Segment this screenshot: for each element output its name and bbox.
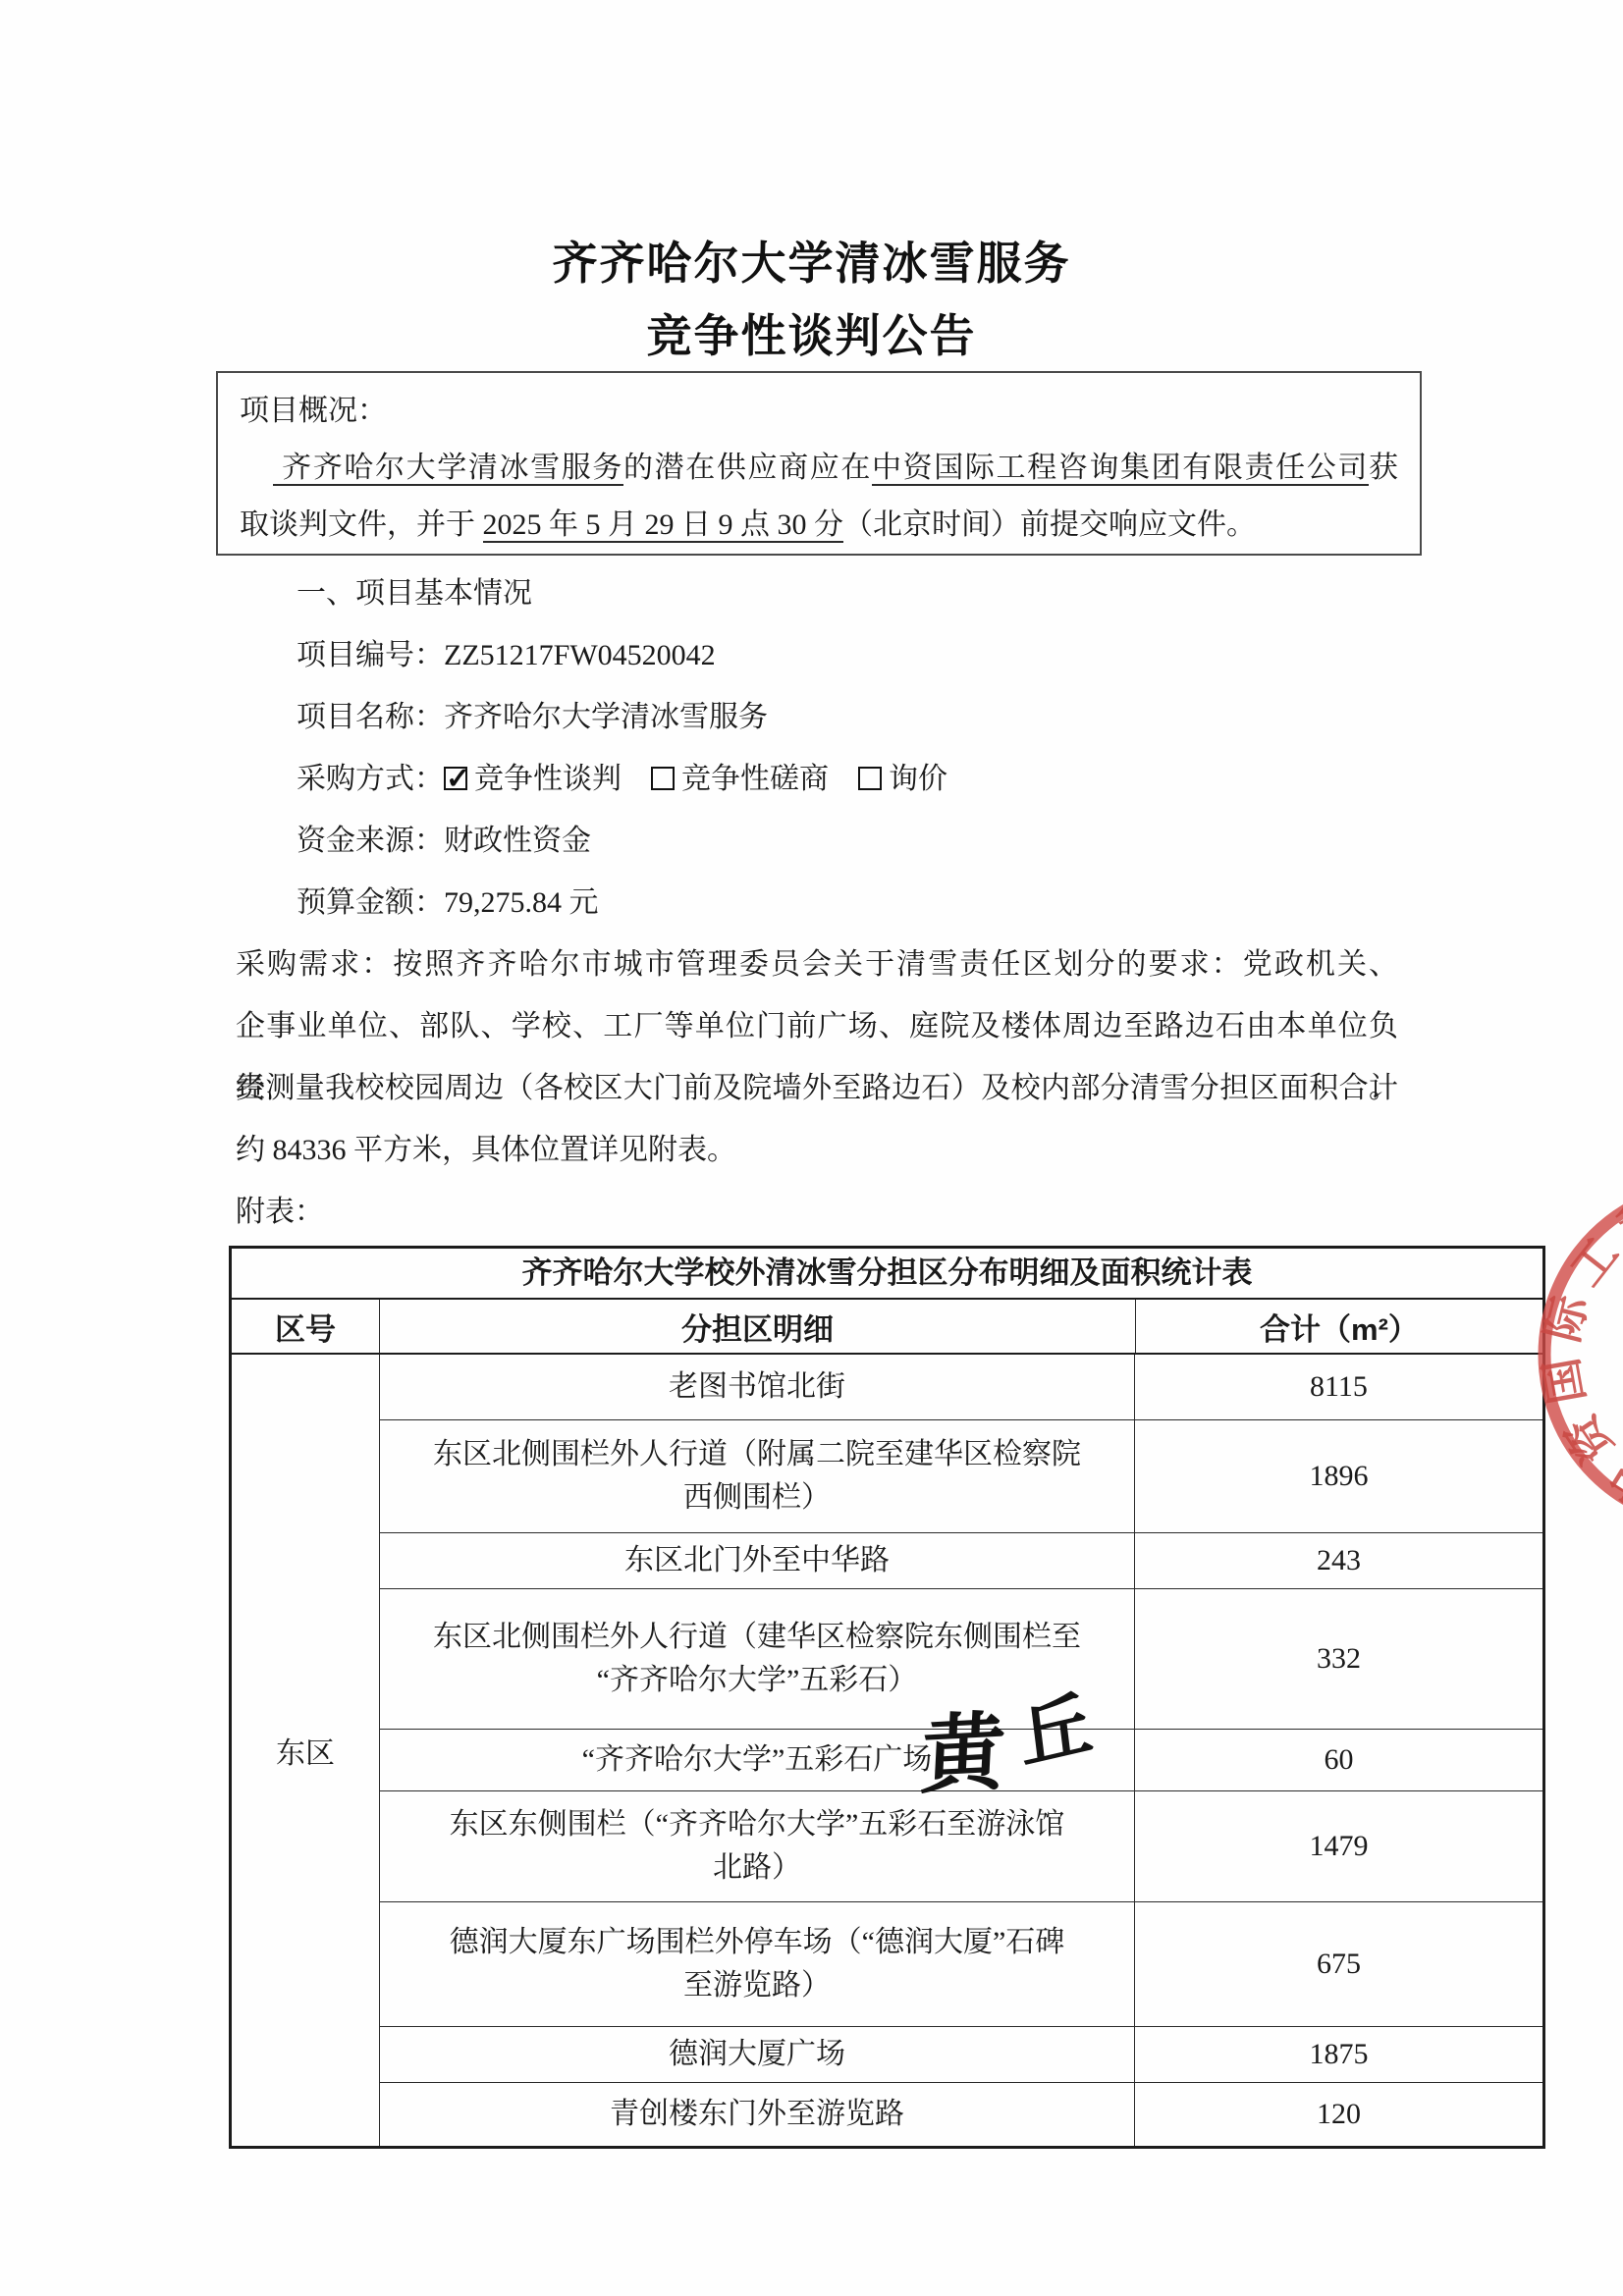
table-body: 东区 老图书馆北街 8115 东区北侧围栏外人行道（附属二院至建华区检察院 西侧… <box>232 1355 1542 2146</box>
row-detail-cell: 东区东侧围栏（“齐齐哈尔大学”五彩石至游泳馆 北路） <box>380 1791 1134 1901</box>
table-row: 青创楼东门外至游览路 120 <box>380 2082 1542 2146</box>
checkbox-icon <box>651 767 675 790</box>
row-detail-cell: 老图书馆北街 <box>380 1355 1134 1419</box>
project-info-section: 一、项目基本情况 项目编号：ZZ51217FW04520042 项目名称：齐齐哈… <box>236 562 1398 1243</box>
column-header-total: 合计（m²） <box>1135 1300 1542 1353</box>
overview-paragraph-line1: 齐齐哈尔大学清冰雪服务的潜在供应商应在中资国际工程咨询集团有限责任公司获 <box>240 440 1398 497</box>
project-name-line: 项目名称：齐齐哈尔大学清冰雪服务 <box>236 686 1398 748</box>
method-option-label: 竞争性谈判 <box>474 763 622 795</box>
row-detail-cell: 东区北侧围栏外人行道（附属二院至建华区检察院 西侧围栏） <box>380 1420 1134 1532</box>
overview-text-segment: 取谈判文件，并于 <box>240 508 483 541</box>
overview-text-segment: 的潜在供应商应在 <box>623 452 872 484</box>
row-area-cell: 1479 <box>1134 1791 1542 1901</box>
method-option: 竞争性磋商 <box>651 763 829 795</box>
project-number-value: ZZ51217FW04520042 <box>444 639 716 671</box>
table-row: 老图书馆北街 8115 <box>380 1355 1542 1419</box>
section-heading: 一、项目基本情况 <box>236 562 1398 624</box>
budget-line: 预算金额：79,275.84 元 <box>236 872 1398 934</box>
row-detail-cell: 德润大厦东广场围栏外停车场（“德润大厦”石碑 至游览路） <box>380 1902 1134 2026</box>
row-detail-cell: “齐齐哈尔大学”五彩石广场 <box>380 1730 1134 1790</box>
stamp-char: 程 <box>1610 1188 1623 1255</box>
row-area-cell: 60 <box>1134 1730 1542 1790</box>
funding-source-label: 资金来源： <box>297 825 444 857</box>
budget-value: 79,275.84 元 <box>444 886 599 919</box>
row-area-cell: 8115 <box>1134 1355 1542 1419</box>
table-header-row: 区号 分担区明细 合计（m²） <box>232 1300 1542 1355</box>
row-detail-cell: 东区北侧围栏外人行道（建华区检察院东侧围栏至 “齐齐哈尔大学”五彩石） <box>380 1589 1134 1729</box>
table-rows: 老图书馆北街 8115 东区北侧围栏外人行道（附属二院至建华区检察院 西侧围栏）… <box>379 1355 1542 2146</box>
project-number-label: 项目编号： <box>297 639 444 671</box>
row-detail-cell: 东区北门外至中华路 <box>380 1533 1134 1588</box>
row-area-cell: 1875 <box>1134 2027 1542 2082</box>
area-statistics-table: 齐齐哈尔大学校外清冰雪分担区分布明细及面积统计表 区号 分担区明细 合计（m²）… <box>229 1246 1545 2149</box>
checkbox-icon <box>444 767 467 790</box>
project-number-line: 项目编号：ZZ51217FW04520042 <box>236 624 1398 686</box>
demand-paragraph-line: 约 84336 平方米，具体位置详见附表。 <box>236 1119 1398 1181</box>
row-area-cell: 243 <box>1134 1533 1542 1588</box>
table-row: 德润大厦广场 1875 <box>380 2026 1542 2082</box>
budget-label: 预算金额： <box>297 886 444 919</box>
row-detail-cell: 德润大厦广场 <box>380 2027 1134 2082</box>
column-header-detail: 分担区明细 <box>379 1300 1135 1353</box>
table-row: 东区北门外至中华路 243 <box>380 1532 1542 1588</box>
method-option-label: 竞争性磋商 <box>681 763 829 795</box>
appendix-label: 附表： <box>236 1181 1398 1243</box>
method-option: 竞争性谈判 <box>444 763 622 795</box>
stamp-char: 中 <box>1600 1449 1623 1516</box>
table-row: 东区北侧围栏外人行道（建华区检察院东侧围栏至 “齐齐哈尔大学”五彩石） 332 <box>380 1588 1542 1729</box>
checkbox-icon <box>858 767 882 790</box>
overview-text-segment: （北京时间）前提交响应文件。 <box>843 508 1256 541</box>
row-area-cell: 332 <box>1134 1589 1542 1729</box>
overview-text-segment: 2025 年 5 月 29 日 9 点 30 分 <box>483 508 844 543</box>
demand-paragraph-line: 企事业单位、部队、学校、工厂等单位门前广场、庭院及楼体周边至路边石由本单位负责。 <box>236 995 1398 1057</box>
table-row: 东区东侧围栏（“齐齐哈尔大学”五彩石至游泳馆 北路） 1479 <box>380 1790 1542 1901</box>
project-name-label: 项目名称： <box>297 701 444 733</box>
table-row: 德润大厦东广场围栏外停车场（“德润大厦”石碑 至游览路） 675 <box>380 1901 1542 2026</box>
table-row: 东区北侧围栏外人行道（附属二院至建华区检察院 西侧围栏） 1896 <box>380 1419 1542 1532</box>
document-title-line1: 齐齐哈尔大学清冰雪服务 <box>0 228 1623 293</box>
demand-paragraph-line: 经测量我校校园周边（各校区大门前及院墙外至路边石）及校内部分清雪分担区面积合计 <box>236 1057 1398 1119</box>
procurement-demand-paragraph: 采购需求：按照齐齐哈尔市城市管理委员会关于清雪责任区划分的要求：党政机关、企事业… <box>236 934 1398 1181</box>
demand-paragraph-line: 采购需求：按照齐齐哈尔市城市管理委员会关于清雪责任区划分的要求：党政机关、 <box>236 934 1398 995</box>
document-page: { "doc": { "title_line1": "齐齐哈尔大学清冰雪服务",… <box>0 0 1623 2296</box>
method-option-label: 询价 <box>889 763 947 795</box>
overview-text-segment: 齐齐哈尔大学清冰雪服务 <box>273 452 623 486</box>
funding-source-line: 资金来源：财政性资金 <box>236 810 1398 872</box>
procurement-method-options: 竞争性谈判竞争性磋商询价 <box>444 763 977 795</box>
overview-text-segment: 获 <box>1369 452 1398 484</box>
column-header-zone: 区号 <box>232 1300 379 1353</box>
row-area-cell: 120 <box>1134 2083 1542 2146</box>
row-area-cell: 1896 <box>1134 1420 1542 1532</box>
row-detail-cell: 青创楼东门外至游览路 <box>380 2083 1134 2146</box>
document-title-line2: 竞争性谈判公告 <box>0 300 1623 365</box>
project-name-value: 齐齐哈尔大学清冰雪服务 <box>444 701 768 733</box>
overview-paragraph-line2: 取谈判文件，并于 2025 年 5 月 29 日 9 点 30 分（北京时间）前… <box>240 497 1398 554</box>
zone-merged-cell: 东区 <box>232 1355 379 2146</box>
funding-source-value: 财政性资金 <box>444 825 591 857</box>
procurement-method-label: 采购方式： <box>297 763 444 795</box>
project-overview-box: 项目概况： 齐齐哈尔大学清冰雪服务的潜在供应商应在中资国际工程咨询集团有限责任公… <box>216 371 1422 556</box>
stamp-char: 工 <box>1560 1228 1623 1295</box>
overview-heading: 项目概况： <box>240 383 1398 440</box>
overview-text-segment: 中资国际工程咨询集团有限责任公司 <box>872 452 1369 486</box>
procurement-method-line: 采购方式：竞争性谈判竞争性磋商询价 <box>236 748 1398 810</box>
table-title: 齐齐哈尔大学校外清冰雪分担区分布明细及面积统计表 <box>232 1249 1542 1300</box>
stamp-char: 资 <box>1554 1406 1622 1472</box>
table-row: “齐齐哈尔大学”五彩石广场 60 <box>380 1729 1542 1790</box>
row-area-cell: 675 <box>1134 1902 1542 2026</box>
method-option: 询价 <box>858 763 947 795</box>
